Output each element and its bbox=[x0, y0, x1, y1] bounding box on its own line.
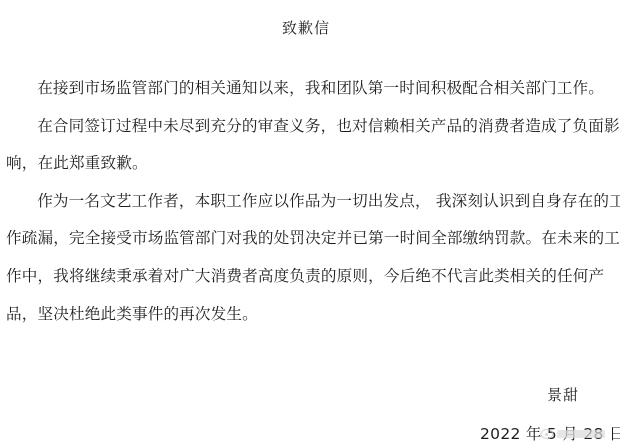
text-line: 作疏漏，完全接受市场监管部门对我的处罚决定并已第一时间全部缴纳罚款。在未来的工 bbox=[6, 220, 596, 258]
letter-title: 致歉信 bbox=[0, 17, 612, 38]
letter-body: 在接到市场监管部门的相关通知以来，我和团队第一时间积极配合相关部门工作。 在合同… bbox=[6, 70, 596, 333]
paragraph-3: 作为一名文艺工作者，本职工作应以作品为一切出发点， 我深刻认识到自身存在的工 作… bbox=[6, 183, 596, 333]
text-line: 在合同签订过程中未尽到充分的审查义务，也对信赖相关产品的消费者造成了负面影 bbox=[6, 108, 596, 146]
text-line: 作中，我将继续秉承着对广大消费者高度负责的原则，今后绝不代言此类相关的任何产 bbox=[6, 258, 596, 296]
weibo-watermark-icon bbox=[540, 426, 610, 443]
signature: 景甜 bbox=[547, 384, 579, 405]
text-line: 品，坚决杜绝此类事件的再次发生。 bbox=[6, 296, 596, 334]
paragraph-2: 在合同签订过程中未尽到充分的审查义务，也对信赖相关产品的消费者造成了负面影 响，… bbox=[6, 108, 596, 183]
paragraph-1: 在接到市场监管部门的相关通知以来，我和团队第一时间积极配合相关部门工作。 bbox=[6, 70, 596, 108]
text-line: 响，在此郑重致歉。 bbox=[6, 145, 596, 183]
text-line: 作为一名文艺工作者，本职工作应以作品为一切出发点， 我深刻认识到自身存在的工 bbox=[6, 183, 596, 221]
text-line: 在接到市场监管部门的相关通知以来，我和团队第一时间积极配合相关部门工作。 bbox=[6, 70, 596, 108]
